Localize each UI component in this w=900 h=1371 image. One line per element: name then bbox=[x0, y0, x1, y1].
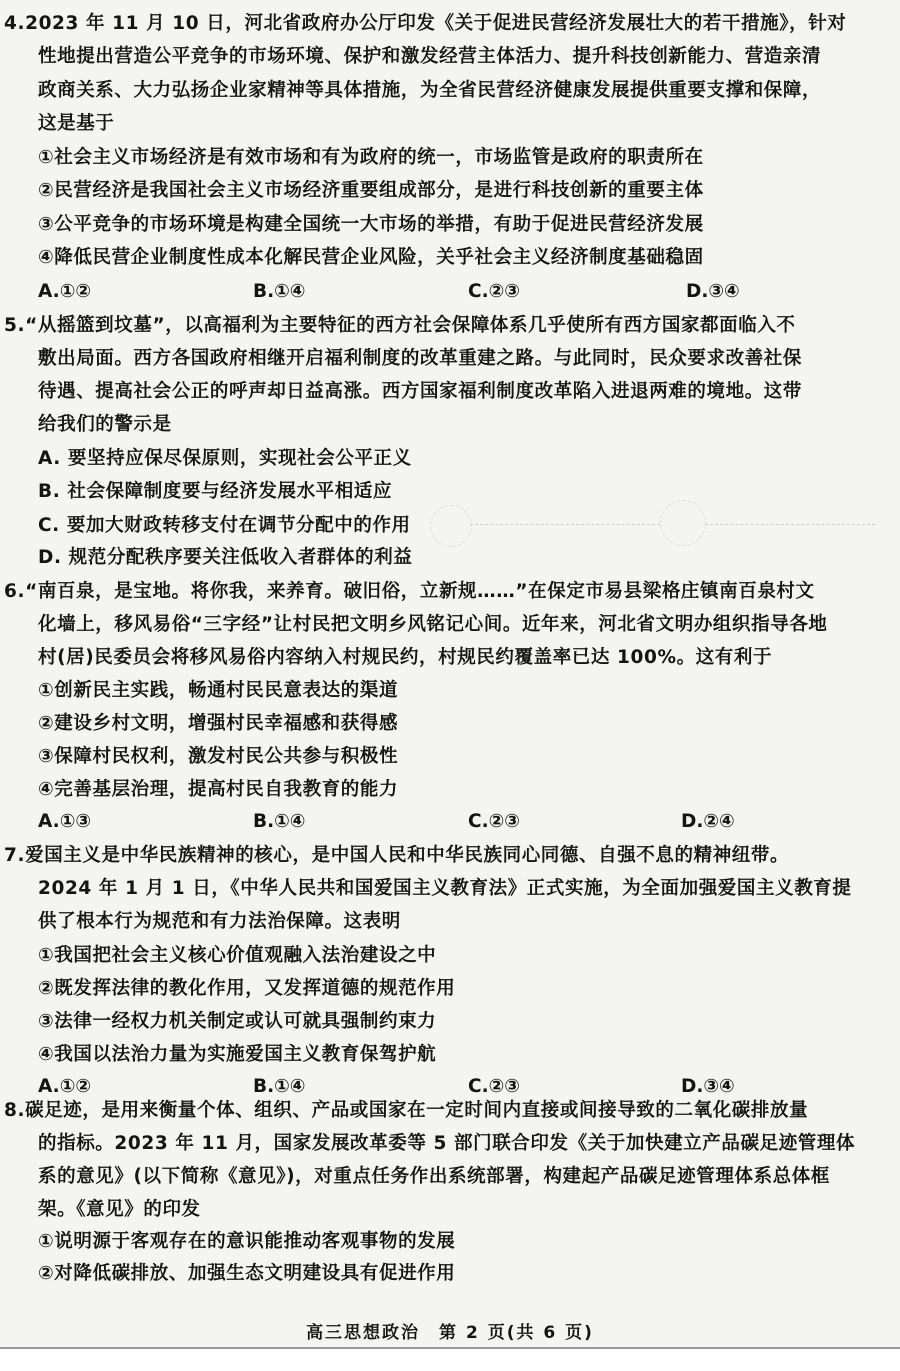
statement-3: ③法律一经权力机关制定或认可就具强制约束力 bbox=[38, 1010, 436, 1034]
question-stem-line: 5.“从摇篮到坟墓”，以高福利为主要特征的西方社会保障体系几乎使所有西方国家都面… bbox=[4, 314, 796, 338]
question-stem-line: 化墙上，移风易俗“三字经”让村民把文明乡风铭记心间。近年来，河北省文明办组织指导… bbox=[38, 613, 828, 637]
question-stem-line: 待遇、提高社会公正的呼声却日益高涨。西方国家福利制度改革陷入进退两难的境地。这带 bbox=[38, 380, 802, 404]
bleed-through-circle bbox=[660, 500, 706, 546]
option-a[interactable]: A. 要坚持应保尽保原则，实现社会公平正义 bbox=[38, 447, 412, 471]
option-c[interactable]: C.②③ bbox=[468, 810, 520, 834]
question-stem-line: 架。《意见》的印发 bbox=[38, 1198, 201, 1222]
statement-3: ③公平竞争的市场环境是构建全国统一大市场的举措，有助于促进民营经济发展 bbox=[38, 213, 704, 237]
statement-1: ①社会主义市场经济是有效市场和有为政府的统一，市场监管是政府的职责所在 bbox=[38, 146, 704, 170]
statement-2: ②既发挥法律的教化作用，又发挥道德的规范作用 bbox=[38, 977, 455, 1001]
question-stem-line: 给我们的警示是 bbox=[38, 413, 172, 437]
question-stem-line: 供了根本行为规范和有力法治保障。这表明 bbox=[38, 910, 401, 934]
option-d[interactable]: D.③④ bbox=[681, 1075, 735, 1099]
option-c[interactable]: C. 要加大财政转移支付在调节分配中的作用 bbox=[38, 514, 411, 538]
question-stem-line: 的指标。2023 年 11 月，国家发展改革委等 5 部门联合印发《关于加快建立… bbox=[38, 1132, 855, 1156]
question-stem-line: 2024 年 1 月 1 日，《中华人民共和国爱国主义教育法》正式实施，为全面加… bbox=[38, 877, 852, 901]
page-footer: 高三思想政治 第 2 页(共 6 页) bbox=[0, 1318, 900, 1343]
option-a[interactable]: A.①② bbox=[38, 280, 91, 304]
question-stem-line: 7.爱国主义是中华民族精神的核心，是中国人民和中华民族同心同德、自强不息的精神纽… bbox=[4, 844, 789, 868]
question-stem-line: 系的意见》(以下简称《意见》)，对重点任务作出系统部署，构建起产品碳足迹管理体系… bbox=[38, 1165, 830, 1189]
question-stem-line: 这是基于 bbox=[38, 112, 114, 136]
question-stem-line: 政商关系、大力弘扬企业家精神等具体措施，为全省民营经济健康发展提供重要支撑和保障… bbox=[38, 79, 821, 103]
answer-options: A.①③ B.①④ C.②③ D.②④ bbox=[38, 810, 878, 834]
statement-1: ①我国把社会主义核心价值观融入法治建设之中 bbox=[38, 944, 436, 968]
bleed-through-circle bbox=[430, 505, 472, 547]
option-a[interactable]: A.①② bbox=[38, 1075, 91, 1099]
exam-page: 4.2023 年 11 月 10 日，河北省政府办公厅印发《关于促进民营经济发展… bbox=[0, 0, 900, 1349]
option-d[interactable]: D.③④ bbox=[686, 280, 740, 304]
option-a[interactable]: A.①③ bbox=[38, 810, 91, 834]
statement-2: ②建设乡村文明，增强村民幸福感和获得感 bbox=[38, 712, 398, 736]
bleed-through-line bbox=[705, 524, 875, 525]
question-stem-line: 村(居)民委员会将移风易俗内容纳入村规民约，村规民约覆盖率已达 100%。这有利… bbox=[38, 646, 772, 670]
question-stem-line: 8.碳足迹，是用来衡量个体、组织、产品或国家在一定时间内直接或间接导致的二氧化碳… bbox=[4, 1099, 808, 1123]
option-d[interactable]: D. 规范分配秩序要关注低收入者群体的利益 bbox=[38, 546, 412, 570]
statement-2: ②对降低碳排放、加强生态文明建设具有促进作用 bbox=[38, 1262, 455, 1286]
bleed-through-line bbox=[470, 524, 660, 525]
statement-4: ④我国以法治力量为实施爱国主义教育保驾护航 bbox=[38, 1043, 436, 1067]
option-b[interactable]: B.①④ bbox=[253, 810, 305, 834]
option-b[interactable]: B. 社会保障制度要与经济发展水平相适应 bbox=[38, 480, 392, 504]
answer-options: A.①② B.①④ C.②③ D.③④ bbox=[38, 280, 878, 304]
statement-3: ③保障村民权利，激发村民公共参与积极性 bbox=[38, 745, 398, 769]
statement-1: ①说明源于客观存在的意识能推动客观事物的发展 bbox=[38, 1230, 455, 1254]
option-b[interactable]: B.①④ bbox=[253, 1075, 305, 1099]
option-c[interactable]: C.②③ bbox=[468, 280, 520, 304]
question-stem-line: 性地提出营造公平竞争的市场环境、保护和激发经营主体活力、提升科技创新能力、营造亲… bbox=[38, 45, 821, 69]
option-c[interactable]: C.②③ bbox=[468, 1075, 520, 1099]
statement-4: ④降低民营企业制度性成本化解民营企业风险，关乎社会主义经济制度基础稳固 bbox=[38, 246, 704, 270]
option-d[interactable]: D.②④ bbox=[681, 810, 735, 834]
question-stem-line: 6.“南百泉，是宝地。将你我，来养育。破旧俗，立新规……”在保定市易县梁格庄镇南… bbox=[4, 580, 815, 604]
statement-4: ④完善基层治理，提高村民自我教育的能力 bbox=[38, 778, 398, 802]
statement-1: ①创新民主实践，畅通村民民意表达的渠道 bbox=[38, 679, 398, 703]
answer-options: A.①② B.①④ C.②③ D.③④ bbox=[38, 1075, 878, 1099]
question-stem-line: 4.2023 年 11 月 10 日，河北省政府办公厅印发《关于促进民营经济发展… bbox=[4, 12, 846, 36]
option-b[interactable]: B.①④ bbox=[253, 280, 305, 304]
question-stem-line: 敷出局面。西方各国政府相继开启福利制度的改革重建之路。与此同时，民众要求改善社保 bbox=[38, 347, 802, 371]
statement-2: ②民营经济是我国社会主义市场经济重要组成部分，是进行科技创新的重要主体 bbox=[38, 179, 704, 203]
